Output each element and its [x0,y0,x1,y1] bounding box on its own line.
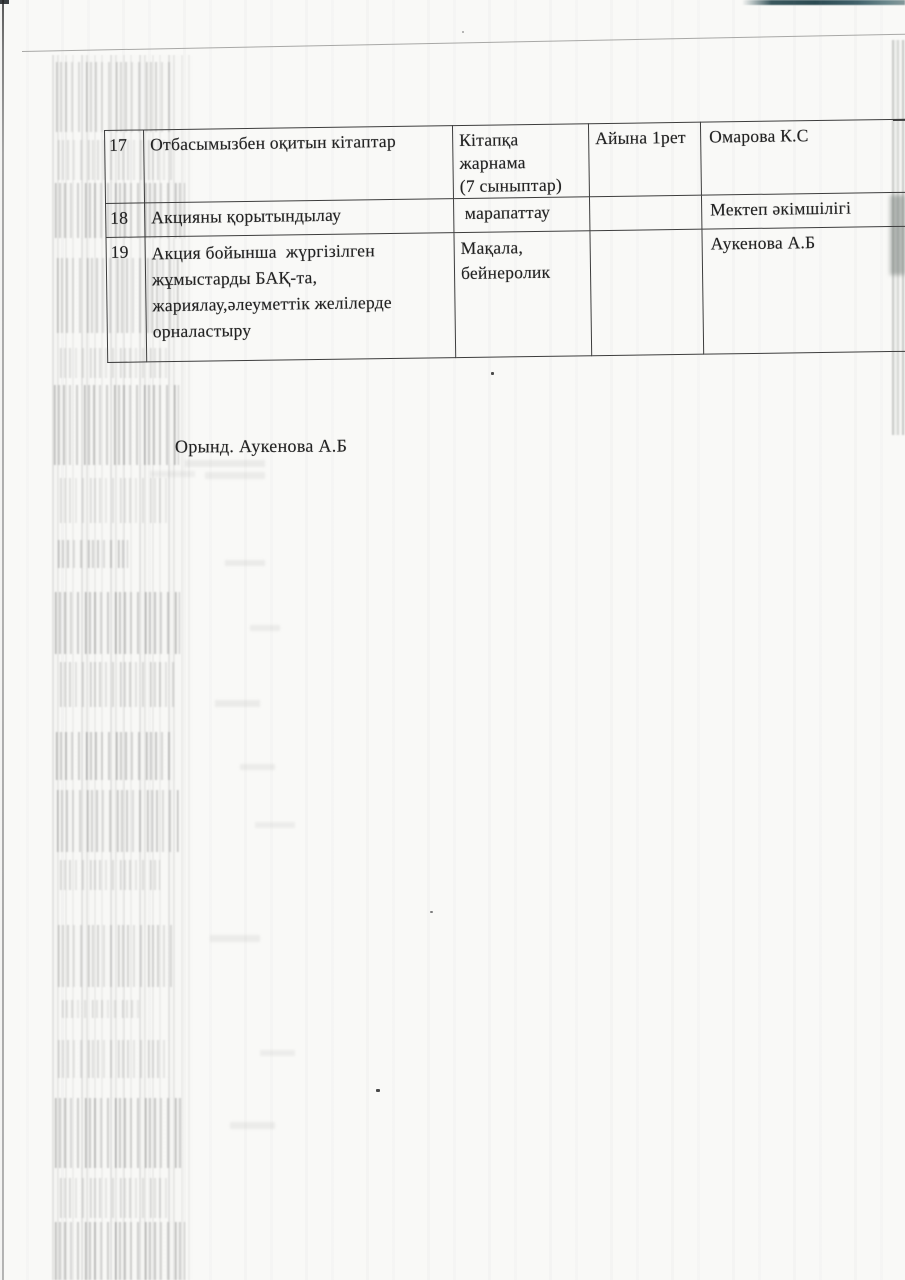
scan-blotch [62,1000,142,1018]
scan-blotch [54,385,179,465]
row-number-text: 17 [109,134,139,157]
form-line: бейнеролик [461,259,586,286]
scan-speck [376,1089,380,1092]
ghost-mark [250,625,280,631]
cell-period [589,195,701,231]
form-line: марапаттау [460,200,585,225]
ghost-mark [150,471,195,477]
form-line: (7 сыныптар) [460,173,585,198]
cell-responsible: Омарова К.С [700,119,905,195]
period-text: Айына 1рет [595,126,696,150]
scan-blotch [60,860,160,890]
cell-row-number: 19 [106,237,147,363]
form-line: Мақала, [461,234,586,261]
cell-activity: Акция бойынша жүргізілген жұмыстарды БАҚ… [145,233,456,362]
activity-text: Отбасымызбен оқитын кітаптар [150,129,448,156]
ghost-mark [255,822,295,828]
scan-left-edge-line [2,0,4,1280]
scan-blotch [58,925,176,987]
action-plan-table: 17 Отбасымызбен оқитын кітаптар Кітапқа … [104,119,905,363]
scan-blotch [60,1178,168,1218]
ghost-mark [230,1122,275,1129]
responsible-text: Омарова К.С [709,123,905,149]
scan-blotch [55,1222,185,1280]
ghost-mark [240,764,275,770]
table-row: 19 Акция бойынша жүргізілген жұмыстарды … [106,226,905,362]
responsible-text: Мектеп әкімшілігі [710,196,905,222]
cell-form: Кітапқа жарнама (7 сыныптар) [452,124,589,199]
action-plan-table-wrap: 17 Отбасымызбен оқитын кітаптар Кітапқа … [104,119,905,363]
cell-form: Мақала, бейнеролик [454,231,592,358]
scan-speck [491,372,494,375]
activity-line: орналастыру [153,314,451,344]
form-line: жарнама [459,150,584,175]
responsible-text: Аукенова А.Б [710,230,905,256]
scan-speck [462,31,464,33]
period-text [597,233,698,234]
activity-text: Акцияны қорытындылау [151,202,449,229]
page-top-edge-line [22,34,905,53]
ghost-mark [185,460,265,467]
executor-line: Орынд. Аукенова А.Б [175,436,347,458]
cell-activity: Акцияны қорытындылау [145,199,454,237]
ghost-mark [205,472,265,479]
scan-blotch [55,592,180,654]
cell-period: Айына 1рет [588,122,701,197]
cell-responsible: Мектеп әкімшілігі [701,192,905,229]
period-text [596,199,697,200]
cell-form: марапаттау [453,197,589,233]
scan-blotch [60,478,170,523]
scan-blotch [55,1098,183,1168]
ghost-mark [210,935,260,942]
scan-blotch [58,540,128,568]
ghost-mark [215,700,260,707]
scan-blotch [56,732,174,780]
scan-blotch [60,662,175,707]
ghost-mark [260,1050,295,1056]
row-number-text: 18 [110,207,140,230]
scan-speck [430,911,433,913]
scanned-document-page: 17 Отбасымызбен оқитын кітаптар Кітапқа … [0,0,905,1280]
scan-blotch [57,790,179,852]
cell-activity: Отбасымызбен оқитын кітаптар [144,126,454,203]
cell-row-number: 18 [106,203,145,238]
cell-period [590,229,704,356]
cell-row-number: 17 [105,130,145,204]
form-line: Кітапқа [459,127,584,152]
scan-blotch [56,62,176,132]
table-row: 17 Отбасымызбен оқитын кітаптар Кітапқа … [105,119,905,203]
table-top-border-extension [893,119,905,121]
cell-responsible: Аукенова А.Б [702,226,905,354]
ghost-mark [225,560,265,566]
scan-top-edge-artifact [742,0,905,5]
row-number-text: 19 [111,241,141,264]
scan-blotch [58,1040,170,1078]
